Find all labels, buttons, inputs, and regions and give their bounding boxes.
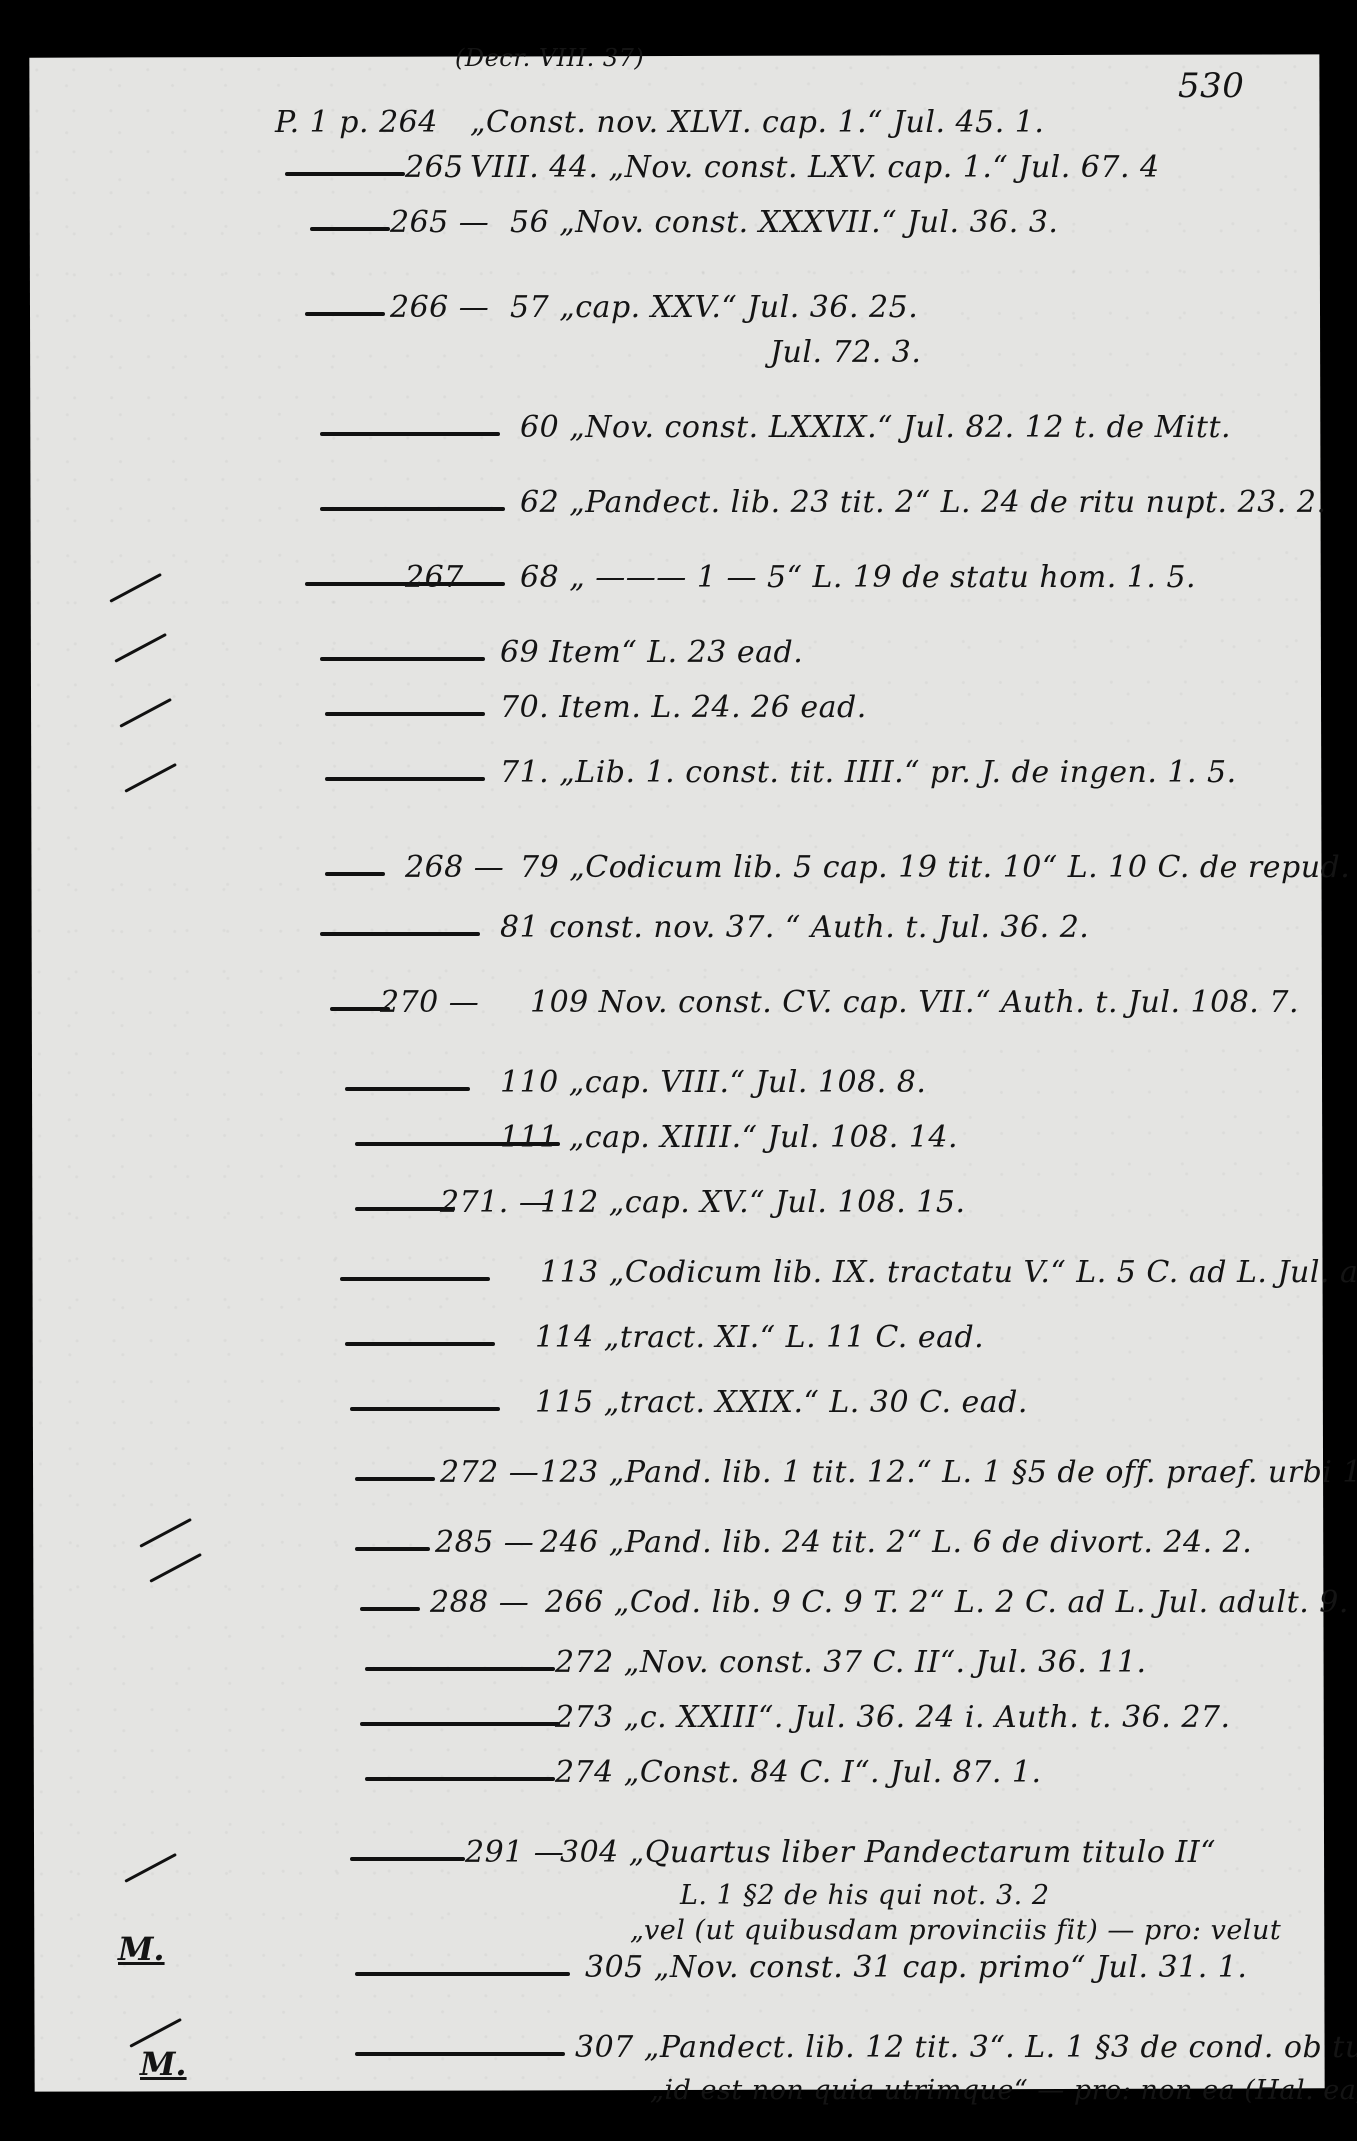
citation-text: VIII. 44. „Nov. const. LXV. cap. 1.“ Jul… [470, 150, 1160, 185]
dash-leader [360, 1607, 420, 1611]
citation-text: 266 „Cod. lib. 9 C. 9 T. 2“ L. 2 C. ad L… [545, 1585, 1357, 1620]
citation-text: 109 Nov. const. CV. cap. VII.“ Auth. t. … [530, 985, 1299, 1020]
dash-leader [355, 2052, 565, 2056]
dash-leader [305, 312, 385, 316]
dash-leader [325, 872, 385, 876]
citation-text: 110 „cap. VIII.“ Jul. 108. 8. [500, 1065, 926, 1100]
citation-text: Jul. 72. 3. [770, 335, 921, 370]
page-reference: 285 — [435, 1525, 534, 1560]
dash-leader [320, 657, 485, 661]
dash-leader [310, 227, 390, 231]
page-reference: 267 [405, 560, 464, 595]
page-reference: 266 — [390, 290, 489, 325]
citation-text: 307 „Pandect. lib. 12 tit. 3“. L. 1 §3 d… [575, 2030, 1357, 2065]
citation-text: 79 „Codicum lib. 5 cap. 19 tit. 10“ L. 1… [520, 850, 1357, 885]
citation-text: 69 Item“ L. 23 ead. [500, 635, 803, 670]
dash-leader [320, 432, 500, 436]
dash-leader [365, 1667, 555, 1671]
citation-text: 246 „Pand. lib. 24 tit. 2“ L. 6 de divor… [540, 1525, 1252, 1560]
margin-mark-1: M. [118, 1930, 165, 1968]
page-reference: 271. — [440, 1185, 549, 1220]
page-reference: 272 — [440, 1455, 539, 1490]
citation-text: 70. Item. L. 24. 26 ead. [500, 690, 867, 725]
citation-text: L. 1 §2 de his qui not. 3. 2 [680, 1880, 1050, 1911]
dash-leader [345, 1087, 470, 1091]
page-reference: 265 — [390, 205, 489, 240]
citation-text: 274 „Const. 84 C. I“. Jul. 87. 1. [555, 1755, 1042, 1790]
dash-leader [350, 1857, 465, 1861]
dash-leader [355, 1547, 430, 1551]
dash-leader [350, 1407, 500, 1411]
dash-leader [325, 777, 485, 781]
top-annotation: (Decr. VIII. 37) [455, 44, 644, 72]
page-reference: 268 — [405, 850, 504, 885]
citation-text: 272 „Nov. const. 37 C. II“. Jul. 36. 11. [555, 1645, 1147, 1680]
citation-text: 115 „tract. XXIX.“ L. 30 C. ead. [535, 1385, 1028, 1420]
dash-leader [325, 712, 485, 716]
citation-text: 68 „ ——— 1 — 5“ L. 19 de statu hom. 1. 5… [520, 560, 1196, 595]
citation-text: 57 „cap. XXV.“ Jul. 36. 25. [510, 290, 918, 325]
page-reference: P. 1 p. 264 [275, 105, 438, 140]
citation-text: „vel (ut quibusdam provinciis fit) — pro… [630, 1915, 1281, 1946]
dash-leader [360, 1722, 560, 1726]
citation-text: 81 const. nov. 37. “ Auth. t. Jul. 36. 2… [500, 910, 1089, 945]
citation-text: 114 „tract. XI.“ L. 11 C. ead. [535, 1320, 984, 1355]
citation-text: 62 „Pandect. lib. 23 tit. 2“ L. 24 de ri… [520, 485, 1327, 520]
citation-text: 112 „cap. XV.“ Jul. 108. 15. [540, 1185, 966, 1220]
dash-leader [285, 172, 405, 176]
citation-text: 113 „Codicum lib. IX. tractatu V.“ L. 5 … [540, 1255, 1357, 1290]
citation-text: „id est non quia utrimque“ — pro: non ea… [650, 2075, 1357, 2106]
dash-leader [355, 1972, 570, 1976]
margin-mark-2: M. [140, 2045, 187, 2083]
citation-text: 273 „c. XXIII“. Jul. 36. 24 i. Auth. t. … [555, 1700, 1231, 1735]
citation-text: 111 „cap. XIIII.“ Jul. 108. 14. [500, 1120, 958, 1155]
dash-leader [320, 507, 505, 511]
dash-leader [365, 1777, 555, 1781]
citation-text: 123 „Pand. lib. 1 tit. 12.“ L. 1 §5 de o… [540, 1455, 1357, 1490]
dash-leader [355, 1477, 435, 1481]
page-reference: 288 — [430, 1585, 529, 1620]
page-reference: 291 — [465, 1835, 564, 1870]
dash-leader [320, 932, 480, 936]
citation-text: 71. „Lib. 1. const. tit. IIII.“ pr. J. d… [500, 755, 1237, 790]
citation-text: 56 „Nov. const. XXXVII.“ Jul. 36. 3. [510, 205, 1058, 240]
citation-text: „Const. nov. XLVI. cap. 1.“ Jul. 45. 1. [470, 105, 1044, 140]
citation-text: 304 „Quartus liber Pandectarum titulo II… [560, 1835, 1216, 1870]
dash-leader [345, 1342, 495, 1346]
folio-number: 530 [1178, 66, 1244, 106]
page-reference: 270 — [380, 985, 479, 1020]
citation-text: 60 „Nov. const. LXXIX.“ Jul. 82. 12 t. d… [520, 410, 1231, 445]
page-reference: 265 [405, 150, 464, 185]
citation-text: 305 „Nov. const. 31 cap. primo“ Jul. 31.… [585, 1950, 1247, 1985]
dash-leader [340, 1277, 490, 1281]
